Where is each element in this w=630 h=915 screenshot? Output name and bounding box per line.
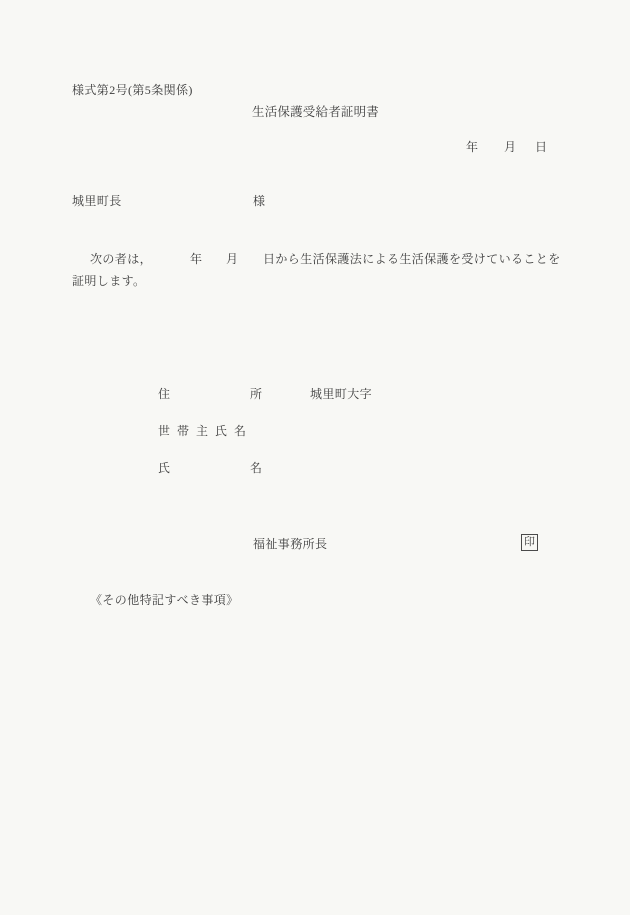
date-month-label: 月 [504,140,516,156]
body-line1-suffix: 日から生活保護法による生活保護を受けていることを [263,252,561,268]
addressee-name: 城里町長 [72,194,122,210]
body-year-label: 年 [190,252,202,268]
signer-title: 福祉事務所長 [253,537,327,553]
notes-heading: 《その他特記すべき事項》 [90,593,239,609]
name-label-right: 名 [250,461,262,477]
body-line2: 証明します。 [72,274,145,290]
form-number: 様式第2号(第5条関係) [72,83,193,99]
body-month-label: 月 [226,252,238,268]
date-day-label: 日 [535,140,547,156]
seal-mark: 印 [521,534,538,551]
address-value: 城里町大字 [310,387,372,403]
address-label-right: 所 [250,387,262,403]
seal-label: 印 [524,537,535,548]
addressee-honorific: 様 [253,194,265,210]
household-head-label: 世帯主氏名 [158,424,253,440]
date-year-label: 年 [466,140,478,156]
address-label-left: 住 [158,387,170,403]
document-title: 生活保護受給者証明書 [252,104,379,120]
name-label-left: 氏 [158,461,170,477]
body-line1-prefix: 次の者は， [90,252,152,268]
document-page: 様式第2号(第5条関係) 生活保護受給者証明書 年 月 日 城里町長 様 次の者… [0,0,630,915]
